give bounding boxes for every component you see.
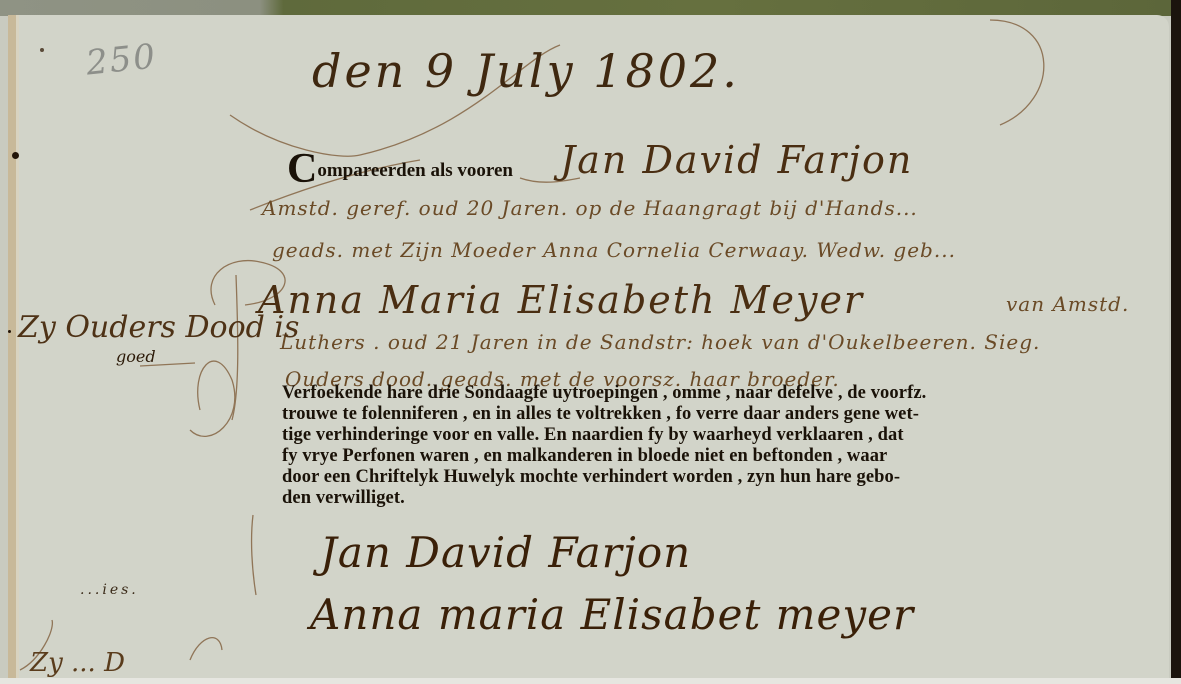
printed-intro: Compareerden als vooren (287, 145, 513, 193)
page-number-pencil: 250 (84, 36, 159, 83)
entry-date: den 9 July 1802. (312, 44, 740, 98)
printed-line: trouwe te folenniferen , en in alles te … (282, 404, 919, 425)
page-bottom-edge (0, 678, 1181, 684)
groom-details-line-1: Amstd. geref. oud 20 Jaren. op de Haangr… (262, 196, 918, 220)
bride-details-suffix: van Amstd. (1006, 292, 1129, 316)
printed-line: Verfoekende hare drie Sondaagfe uytroepi… (282, 383, 926, 404)
margin-note-sub: goed (116, 347, 156, 366)
document-viewer: 250 den 9 July 1802. Compareerden als vo… (0, 0, 1181, 684)
groom-name: Jan David Farjon (560, 138, 913, 182)
bride-signature: Anna maria Elisabet meyer (310, 590, 914, 639)
printed-line: door een Chriftelyk Huwelyk mochte verhi… (282, 467, 900, 488)
groom-details-line-2: geads. met Zijn Moeder Anna Cornelia Cer… (272, 238, 956, 262)
book-binding-edge (1171, 0, 1181, 684)
printed-intro-text: ompareerden als vooren (317, 160, 513, 181)
ink-spot (40, 48, 44, 52)
faded-margin-mark: ...ies. (80, 582, 139, 598)
book-cover-edge (0, 0, 1181, 16)
printed-line: fy vrye Perfonen waren , en malkanderen … (282, 446, 887, 467)
bottom-partial-text: Zy ... D (30, 648, 125, 678)
printed-initial-c: C (287, 146, 317, 192)
groom-signature: Jan David Farjon (320, 528, 691, 577)
bride-details-line-1: Luthers . oud 21 Jaren in de Sandstr: ho… (280, 330, 1040, 354)
printed-line: tige verhinderinge voor en valle. En naa… (282, 425, 904, 446)
printed-line: den verwilliget. (282, 488, 405, 509)
ink-spot (8, 330, 11, 333)
margin-note: Zy Ouders Dood is (18, 310, 299, 345)
bride-name: Anna Maria Elisabeth Meyer (258, 278, 864, 322)
ink-spot (12, 152, 19, 159)
